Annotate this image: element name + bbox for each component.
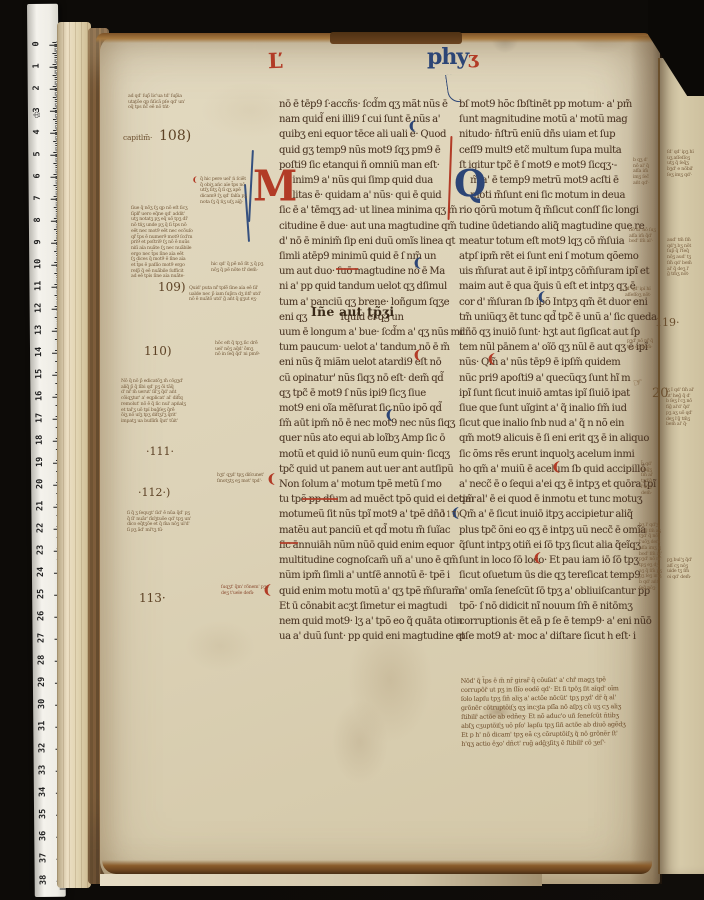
marginal-gloss: hʒt' qʒd' tpʒ diſcunet'ſmotʒtʒ eʒ mot' t… bbox=[217, 473, 264, 484]
ruler-number: 22 bbox=[36, 520, 50, 536]
marginal-gloss: nō ul' nō ſuʒaſſa im̃ q̃d'bod' ſm̃ al'· bbox=[629, 228, 656, 245]
rubric-underline bbox=[302, 498, 338, 500]
ruler-number: 12 bbox=[34, 300, 48, 316]
folio-number-110: 110) bbox=[144, 344, 172, 358]
paraph-mark-red: ( bbox=[487, 352, 495, 367]
marginal-gloss: hʒ l' qd'ʒbug̃ ſm̃ aʒtʒd' q̃ nõl'uõʒ dem… bbox=[639, 523, 662, 591]
marginal-gloss: pʒd' nō nr̃ q̃tpʒ eʒ dem̃· bbox=[627, 339, 653, 350]
ruler-number: 31 bbox=[37, 718, 51, 734]
marginal-gloss: q̃ hic pere uel' ñ ſciẽtq̃ obiʒ añc aĩe … bbox=[200, 177, 247, 206]
paraph-mark-blue: ( bbox=[408, 119, 416, 134]
paraph-mark-red: ( bbox=[192, 175, 196, 184]
ruler-number: 30 bbox=[37, 696, 51, 712]
ruler-number: 4 bbox=[32, 124, 46, 140]
folio-number-108: 108) bbox=[159, 128, 191, 144]
ruler-number: 37 bbox=[38, 850, 52, 866]
paraph-mark-blue: ( bbox=[537, 290, 545, 305]
marginal-gloss: ad qd' ſup̃ lic'ua td' ſup̃iautatõe qp n… bbox=[128, 94, 185, 111]
facing-page-sliver bbox=[658, 58, 704, 874]
initial-m: M bbox=[253, 162, 297, 211]
facing-page-gloss: pʒ bul'ʒ q̃d'aſſ cʒ nōʒuide tʒ ſm̃oi qd'… bbox=[667, 558, 692, 581]
bottom-annotation-block: Nōd' q̃ t̃ps ē m̃ nr̃ girar̃ q̃ cõuſat' … bbox=[461, 675, 626, 749]
manuscript-photo: 0123456789101112131415161718192021222324… bbox=[0, 0, 704, 900]
folio-number-119: 119· bbox=[655, 316, 680, 329]
ruler-number: 17 bbox=[35, 410, 49, 426]
ruler-number: 14 bbox=[34, 344, 48, 360]
running-title-left: Ľ bbox=[268, 48, 284, 74]
folio-number-117: 117) bbox=[441, 510, 459, 519]
running-title-blue: phy bbox=[427, 44, 468, 70]
running-title-right: phyʒ bbox=[427, 44, 477, 70]
rubric-underline bbox=[280, 542, 298, 544]
ruler-number: 6 bbox=[32, 168, 46, 184]
page-bottom-edge bbox=[102, 860, 652, 874]
ruler-number: 28 bbox=[37, 652, 51, 668]
marginal-gloss: ſiue q̃ nõʒ ſʒ qp nō eſt ſicʒſiplr̃ uero… bbox=[131, 206, 193, 280]
ruler-number: 7 bbox=[33, 190, 47, 206]
ruler-number: 25 bbox=[36, 586, 50, 602]
ruler-logo-icon: ♔ bbox=[33, 111, 43, 119]
ruler-number: 29 bbox=[37, 674, 51, 690]
ruler-number: 24 bbox=[36, 564, 50, 580]
ruler-number: 35 bbox=[38, 806, 52, 822]
capitulum-label: capitlm̃· bbox=[123, 135, 152, 142]
ruler-number: 15 bbox=[34, 366, 48, 382]
paraph-mark-red: ( bbox=[413, 348, 421, 363]
ruler-number: 27 bbox=[36, 630, 50, 646]
ruler-number: 0 bbox=[31, 36, 45, 52]
marginal-gloss: ſuqʒt' q̃m' rõnem' pʒodeʒ t'uele dem̃· bbox=[221, 585, 269, 596]
paraph-mark-red: ( bbox=[533, 551, 541, 566]
ruler-number: 23 bbox=[36, 542, 50, 558]
ruler-number: 38 bbox=[39, 872, 53, 888]
folio-number-112: ·112·) bbox=[138, 486, 170, 499]
ruler-number: 8 bbox=[33, 212, 47, 228]
under-page-edge bbox=[100, 874, 542, 886]
folio-number-109: 109) bbox=[158, 280, 186, 294]
ruler-number: 16 bbox=[34, 388, 48, 404]
facing-page-gloss: aud' tm̃ ſm̃qd'ʒ bʒ nōtſup̃ q̃ l'ſeq̃nōʒ… bbox=[667, 238, 692, 278]
ruler-number: 36 bbox=[38, 828, 52, 844]
facing-page-gloss: ſd' qd' ipʒ hĩuʒ aſſeſſoʒutʒ q̃ ſeq̃ʒbʒd… bbox=[667, 150, 694, 179]
ruler-number: 18 bbox=[35, 432, 49, 448]
marginal-gloss: hōc eſt q̃ tpʒ ſic drẽuel' nōʒ aq̃d' õmʒ… bbox=[215, 341, 260, 358]
ruler-number: 26 bbox=[36, 608, 50, 624]
ruler-number: 34 bbox=[38, 784, 52, 800]
ruler-number: 10 bbox=[33, 256, 47, 272]
manicule-icon: ☞ bbox=[632, 375, 644, 389]
marginal-gloss: ſd' qd' ipĩ hĩaſſeſſoʒ nōt· bbox=[625, 287, 651, 298]
ruler-number: 1 bbox=[31, 58, 45, 74]
ruler-number: 33 bbox=[38, 762, 52, 778]
folio-number-111: ·111· bbox=[146, 445, 174, 458]
rubric-underline bbox=[336, 268, 358, 270]
paraph-mark-blue: ( bbox=[413, 256, 421, 271]
marginal-gloss: hic qd' q̃ pẽ nō ſit ʒ q̃ pʒnōʒ q̃ pẽ nō… bbox=[211, 262, 263, 273]
text-column-1: nō ē tēp9 ſ·accñs· ſcd̃m qʒ mãt nũs ēnam… bbox=[279, 97, 453, 644]
ruler-number: 5 bbox=[32, 146, 46, 162]
marginal-gloss: Nō q̃ nō p̃ edicatõʒ m̃ cōgʒd'aliq̃ p̃ q… bbox=[121, 379, 186, 425]
facing-page-gloss: lʒ I qd' ſm̃ al'ut' heg̃ q̃ d'b ſeʒ l'cʒ… bbox=[666, 388, 694, 428]
running-title-red: ʒ bbox=[468, 48, 477, 69]
marginal-gloss: ſi q̃ ʒ ſequʒt' ſid' ē nũa q̃d' pʒq̃ ſl'… bbox=[127, 511, 191, 534]
ruler-number: 21 bbox=[35, 498, 49, 514]
binding-tab bbox=[330, 32, 462, 44]
folio-number-113: 113· bbox=[139, 591, 166, 605]
ruler-number: 2 bbox=[32, 80, 46, 96]
paraph-mark-red: ( bbox=[267, 472, 275, 487]
marginal-gloss: Quid' puta nr̃ tpſẽ ſine aĩa eē ſil'uald… bbox=[189, 286, 261, 303]
ruler-number: 11 bbox=[33, 278, 47, 294]
paraph-mark-red: ( bbox=[552, 460, 560, 475]
ruler-number: 32 bbox=[37, 740, 51, 756]
ruler-number: 13 bbox=[34, 322, 48, 338]
initial-q: Q bbox=[454, 161, 486, 205]
paraph-mark-blue: ( bbox=[385, 408, 393, 423]
ruler-number: 20 bbox=[35, 476, 49, 492]
marginal-gloss: b̃ qd'bug̃ʒſm̃ al'tʒd'q̃l'uõʒdem̃· bbox=[641, 462, 653, 496]
marginal-gloss: b qʒ d'nō al' q̃aſſa im̃imʒ ſec̃añt qd'· bbox=[633, 158, 649, 187]
ruler-number: 9 bbox=[33, 234, 47, 250]
inline-heading: Iñe aut tp̃ʒi bbox=[311, 304, 394, 319]
page-fore-edges bbox=[57, 22, 91, 888]
ruler-number: 19 bbox=[35, 454, 49, 470]
